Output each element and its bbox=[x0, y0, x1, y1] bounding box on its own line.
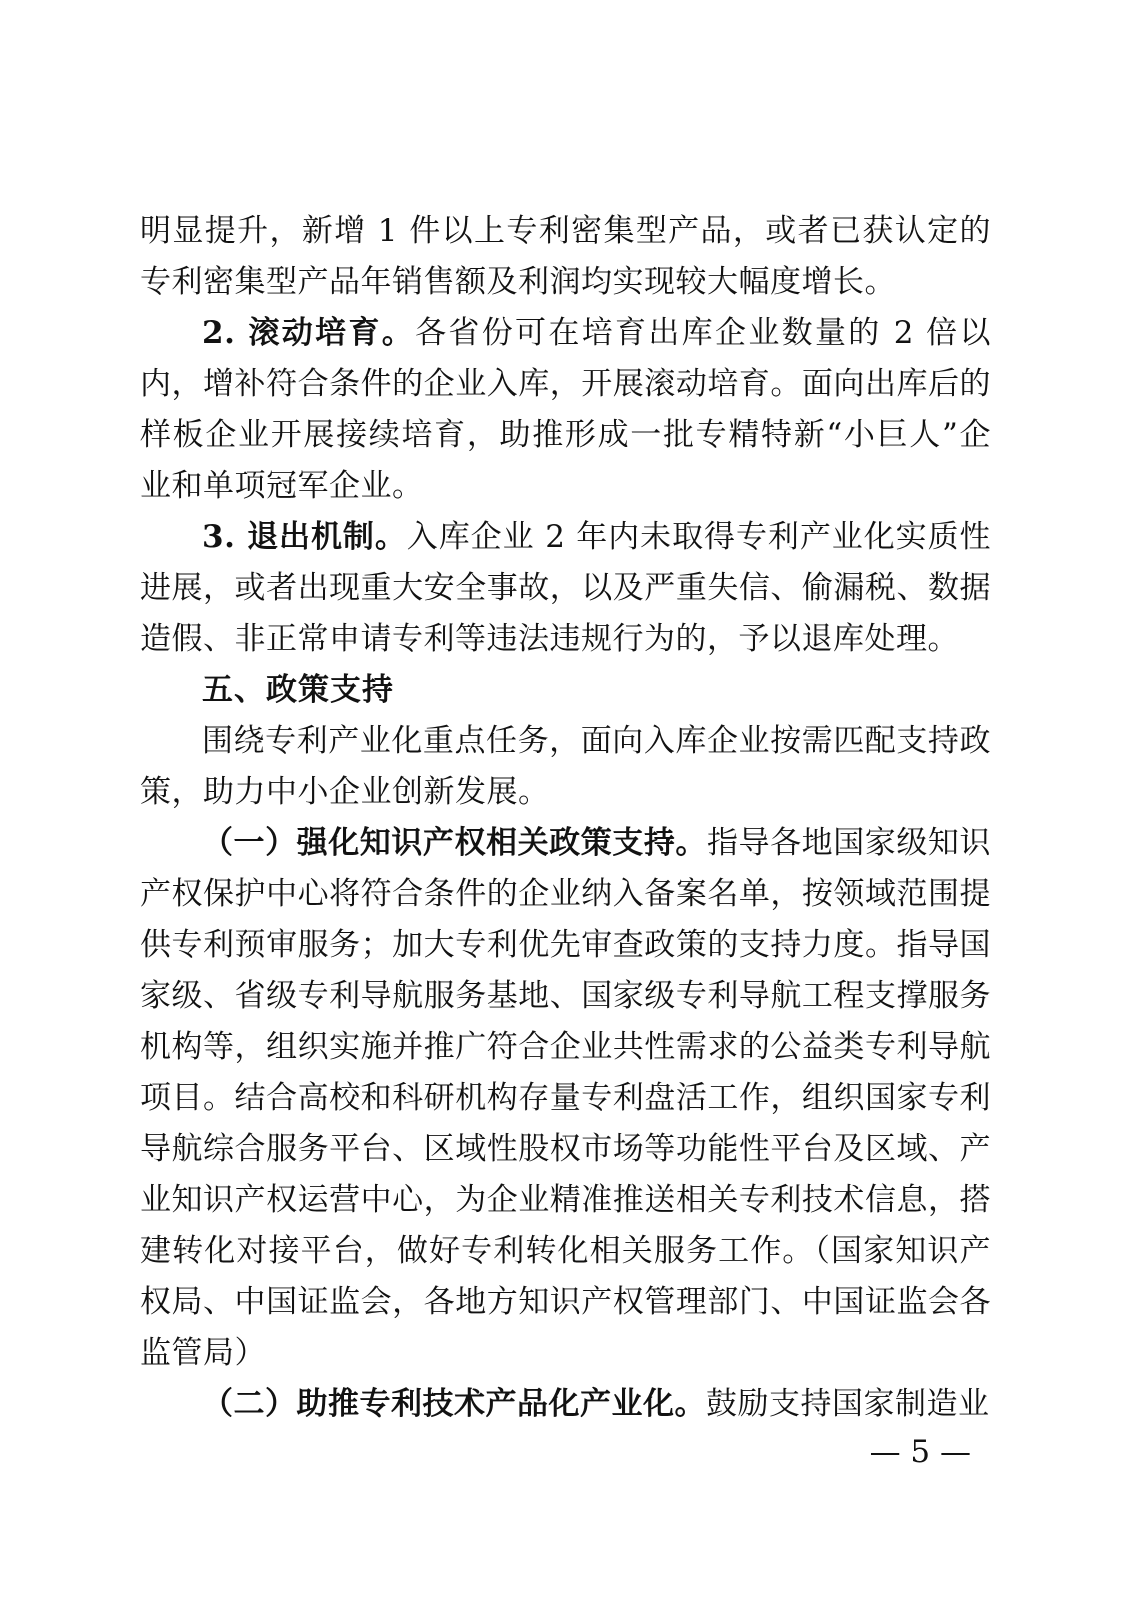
paragraph-lead-text: 五、政策支持 bbox=[202, 672, 394, 708]
document-body: 明显提升，新增 1 件以上专利密集型产品，或者已获认定的专利密集型产品年销售额及… bbox=[140, 206, 991, 1430]
paragraph-lead-text: 2. 滚动培育。 bbox=[202, 315, 415, 351]
paragraph-policy-2-productization: （二）助推专利技术产品化产业化。鼓励支持国家制造业 bbox=[140, 1379, 991, 1430]
paragraph-body-text: 围绕专利产业化重点任务，面向入库企业按需匹配支持政策，助力中小企业创新发展。 bbox=[140, 723, 991, 810]
paragraph-policy-intro: 围绕专利产业化重点任务，面向入库企业按需匹配支持政策，助力中小企业创新发展。 bbox=[140, 716, 991, 818]
paragraph-body-text: 明显提升，新增 1 件以上专利密集型产品，或者已获认定的专利密集型产品年销售额及… bbox=[140, 213, 991, 300]
paragraph-policy-1-ip-support: （一）强化知识产权相关政策支持。指导各地国家级知识产权保护中心将符合条件的企业纳… bbox=[140, 818, 991, 1379]
paragraph-item-3-exit-mechanism: 3. 退出机制。入库企业 2 年内未取得专利产业化实质性进展，或者出现重大安全事… bbox=[140, 512, 991, 665]
paragraph-body-text: 鼓励支持国家制造业 bbox=[706, 1386, 990, 1422]
page-footer: — 5 — bbox=[870, 1432, 971, 1472]
paragraph-lead-text: 3. 退出机制。 bbox=[202, 519, 407, 555]
document-page: 明显提升，新增 1 件以上专利密集型产品，或者已获认定的专利密集型产品年销售额及… bbox=[0, 0, 1131, 1600]
paragraph-item-2-rolling-cultivation: 2. 滚动培育。各省份可在培育出库企业数量的 2 倍以内，增补符合条件的企业入库… bbox=[140, 308, 991, 512]
page-number: — 5 — bbox=[870, 1434, 971, 1470]
paragraph-lead-text: （二）助推专利技术产品化产业化。 bbox=[202, 1386, 706, 1422]
paragraph-body-text: 指导各地国家级知识产权保护中心将符合条件的企业纳入备案名单，按领域范围提供专利预… bbox=[140, 825, 991, 1371]
section-heading-5-policy-support: 五、政策支持 bbox=[140, 665, 991, 716]
paragraph-lead-text: （一）强化知识产权相关政策支持。 bbox=[202, 825, 707, 861]
paragraph-continuation: 明显提升，新增 1 件以上专利密集型产品，或者已获认定的专利密集型产品年销售额及… bbox=[140, 206, 991, 308]
